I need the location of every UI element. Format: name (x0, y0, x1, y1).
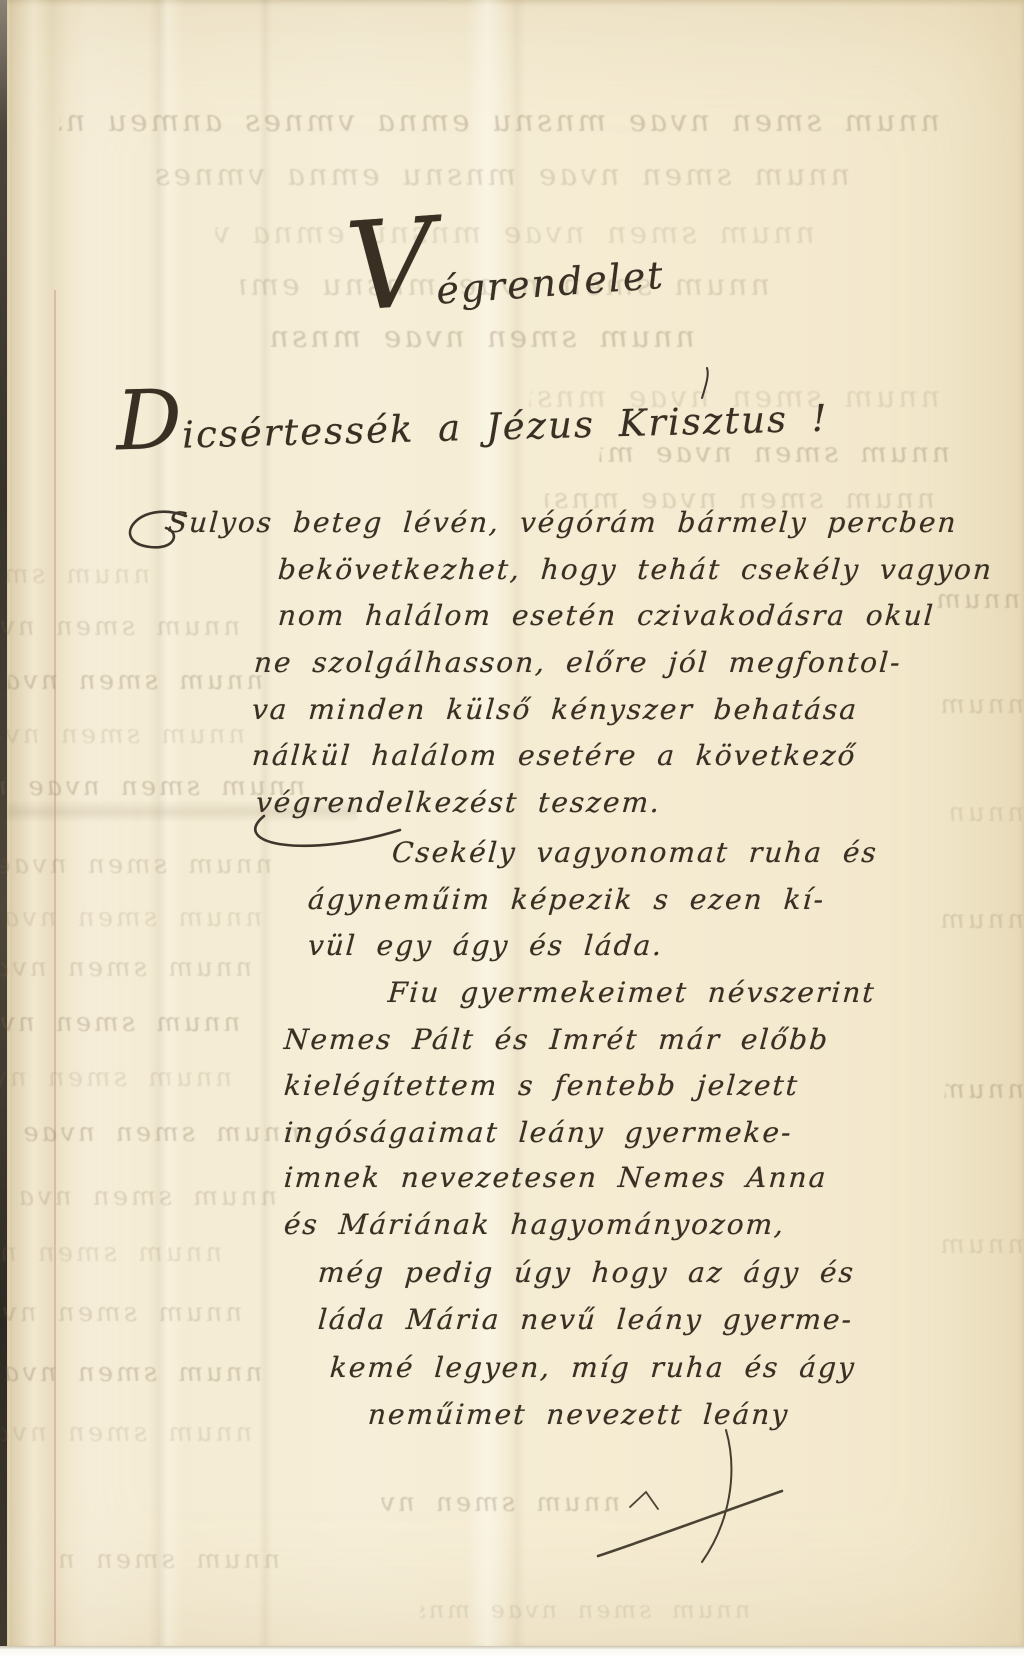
bleedthrough-ghost-line: nnum smen nvae mnsnu emna vmnes anmeu ns… (13, 1182, 279, 1218)
bleedthrough-ghost-line: nnum smen nvae mnsnu emna vmnes anmeu ns… (0, 560, 152, 596)
handwritten-line: nálkül halálom esetére a következő (251, 739, 858, 772)
handwritten-line: kemé legyen, míg ruha és ágy (329, 1351, 857, 1384)
bleedthrough-ghost-line: nnum smen nvae mnsnu emna vmnes anmeu ns… (378, 1488, 622, 1524)
document-title: Végrendelet (342, 185, 667, 329)
title-initial-letter: V (342, 201, 438, 329)
title-text: égrendelet (435, 253, 666, 313)
bleedthrough-ghost-line: nnum smen nvae mnsnu emna vmnes anmeu ns… (148, 158, 852, 194)
handwritten-line: bekövetkezhet, hogy tehát csekély vagyon (277, 553, 994, 586)
handwritten-line: láda Mária nevű leány gyerme- (317, 1303, 854, 1336)
handwritten-line: ágyneműim képezik s ezen kí- (307, 883, 826, 916)
scanned-document-page: nnum smen nvae mnsnu emna vmnes anmeu ns… (0, 0, 1024, 1656)
bleedthrough-ghost-line: nnum smen nvae mnsnu emna vmnes anmeu ns… (0, 850, 274, 886)
bleedthrough-ghost-line: nnum smen nvae mnsnu emna vmnes anmeu ns… (938, 1230, 1024, 1266)
handwritten-line: neműimet nevezett leány (367, 1398, 791, 1431)
bleedthrough-ghost-line: nnum smen nvae mnsnu emna vmnes anmeu ns… (948, 798, 1024, 834)
bleedthrough-ghost-line: nnum smen nvae mnsnu emna vmnes anmeu ns… (928, 585, 1022, 621)
handwritten-line: ne szolgálhasson, előre jól megfontol- (253, 646, 903, 679)
bleedthrough-ghost-line: nnum smen nvae mnsnu emna vmnes anmeu ns… (0, 1238, 224, 1274)
bleedthrough-ghost-line: nnum smen nvae mnsnu emna vmnes anmeu ns… (0, 1118, 302, 1154)
handwritten-line: Csekély vagyonomat ruha és (391, 836, 879, 869)
bleedthrough-ghost-line: nnum smen nvae mnsnu emna vmnes anmeu ns… (263, 320, 697, 356)
bleedthrough-ghost-line: nnum smen nvae mnsnu emna vmnes anmeu ns… (418, 1596, 752, 1632)
bleedthrough-ghost-line: nnum smen nvae mnsnu emna vmnes anmeu ns… (0, 953, 254, 989)
handwritten-line: vül egy ágy és láda. (307, 929, 665, 962)
bleedthrough-ghost-line: nnum smen nvae mnsnu emna vmnes anmeu ns… (928, 905, 1024, 941)
bleedthrough-ghost-line: nnum smen nvae mnsnu emna vmnes anmeu ns… (0, 903, 264, 939)
handwritten-line: va minden külső kényszer behatása (251, 693, 859, 726)
bleedthrough-ghost-line: nnum smen nvae mnsnu emna vmnes anmeu ns… (0, 1008, 242, 1044)
handwritten-line: nom halálom esetén czivakodásra okul (277, 599, 936, 632)
handwritten-line: ingóságaimat leány gyermeke- (283, 1116, 794, 1149)
scan-bottom-edge (0, 1646, 1024, 1656)
bleedthrough-ghost-line: nnum smen nvae mnsnu emna vmnes anmeu ns… (0, 1418, 254, 1454)
bleedthrough-ghost-line: nnum smen nvae mnsnu emna vmnes anmeu ns… (58, 104, 942, 140)
handwritten-line: Fiu gyermekeimet névszerint (387, 976, 877, 1009)
bleedthrough-ghost-line: nnum smen nvae mnsnu emna vmnes anmeu ns… (943, 1075, 1024, 1111)
bleedthrough-ghost-line: nnum smen nvae mnsnu emna vmnes anmeu ns… (0, 612, 242, 648)
handwritten-line: még pedig úgy hogy az ágy és (317, 1256, 856, 1289)
bleedthrough-ghost-line: nnum smen nvae mnsnu emna vmnes anmeu ns… (0, 1358, 264, 1394)
bleedthrough-ghost-line: nnum smen nvae mnsnu emna vmnes anmeu ns… (6, 666, 265, 702)
bleedthrough-ghost-line: nnum smen nvae mnsnu emna vmnes anmeu ns… (0, 720, 247, 756)
handwritten-line: kielégítettem s fentebb jelzett (283, 1069, 800, 1102)
handwritten-line: Sulyos beteg lévén, végórám bármely perc… (167, 506, 959, 539)
bleedthrough-ghost-line: nnum smen nvae mnsnu emna vmnes anmeu ns… (58, 1545, 282, 1581)
handwritten-line: végrendelkezést teszem. (255, 786, 662, 819)
bleedthrough-ghost-line: nnum smen nvae mnsnu emna vmnes anmeu ns… (938, 690, 1024, 726)
salutation-initial-letter: D (115, 380, 183, 464)
bleedthrough-ghost-line: nnum smen nvae mnsnu emna vmnes anmeu ns… (0, 1298, 244, 1334)
scan-left-edge (0, 0, 7, 1656)
handwritten-line: Nemes Pált és Imrét már előbb (283, 1023, 830, 1056)
bleedthrough-ghost-line: nnum smen nvae mnsnu emna vmnes anmeu ns… (0, 1063, 234, 1099)
handwritten-line: és Máriának hagyományozom, (283, 1208, 786, 1241)
handwritten-line: imnek nevezetesen Nemes Anna (283, 1161, 829, 1194)
